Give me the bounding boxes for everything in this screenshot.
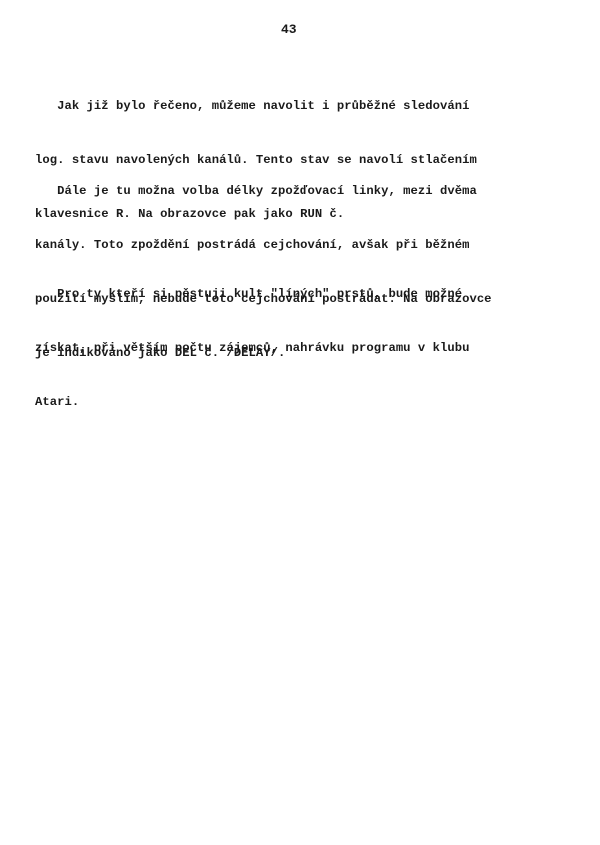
- text-line: Atari.: [35, 393, 469, 411]
- text-line: získat, při větším počtu zájemců, nahráv…: [35, 339, 469, 357]
- text-line: Dále je tu možna volba délky zpožďovací …: [35, 182, 492, 200]
- page-number: 43: [281, 22, 297, 37]
- text-line: Pro ty kteří si pěstuji kult "líných" pr…: [35, 285, 469, 303]
- paragraph-3: Pro ty kteří si pěstuji kult "líných" pr…: [35, 249, 469, 447]
- text-line: Jak již bylo řečeno, můžeme navolit i pr…: [35, 97, 477, 115]
